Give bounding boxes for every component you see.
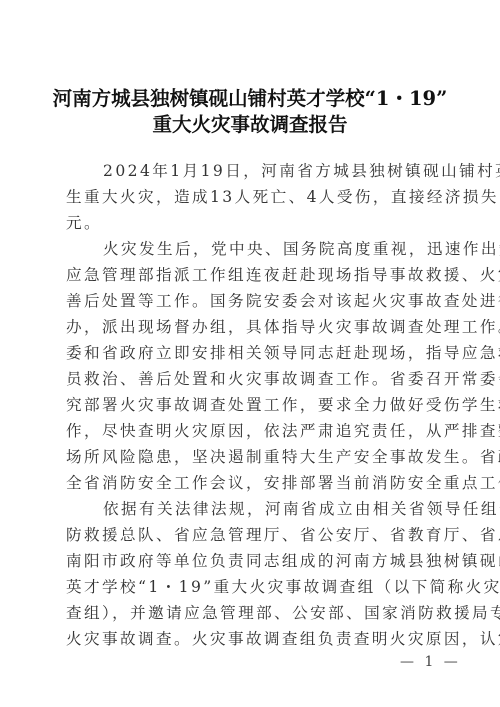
text-line: 办，派出现场督办组，具体指导火灾事故调查处理工作。河南省 [66,314,440,340]
text-line: 火灾发生后，党中央、国务院高度重视，迅速作出安排部署。 [66,236,440,262]
text-line: 委和省政府立即安排相关领导同志赶赴现场，指导应急救援、伤 [66,340,440,366]
paragraph-1: 2024年1月19日，河南省方城县独树镇砚山铺村英才学校发 生重大火灾，造成13… [66,158,440,236]
text-line: 应急管理部指派工作组连夜赶赴现场指导事故救援、火灾调查和 [66,262,440,288]
text-line: 全省消防安全工作会议，安排部署当前消防安全重点工作。 [66,470,440,496]
title-line-1: 河南方城县独树镇砚山铺村英才学校“1・19” [40,86,460,112]
text-line: 防救援总队、省应急管理厅、省公安厅、省教育厅、省总工会和 [66,522,440,548]
document-page: 河南方城县独树镇砚山铺村英才学校“1・19” 重大火灾事故调查报告 2024年1… [0,0,500,707]
text-line: 查组），并邀请应急管理部、公安部、国家消防救援局专家参与 [66,600,440,626]
page-number: — 1 — [400,654,461,670]
text-line: 作，尽快查明火灾原因，依法严肃追究责任，从严排查整治重点 [66,418,440,444]
text-line: 2024年1月19日，河南省方城县独树镇砚山铺村英才学校发 [66,158,440,184]
document-title: 河南方城县独树镇砚山铺村英才学校“1・19” 重大火灾事故调查报告 [40,86,460,138]
paragraph-2: 火灾发生后，党中央、国务院高度重视，迅速作出安排部署。 应急管理部指派工作组连夜… [66,236,440,496]
text-line: 员救治、善后处置和火灾事故调查工作。省委召开常委会会议研 [66,366,440,392]
text-line: 英才学校“1・19”重大火灾事故调查组（以下简称火灾事故调 [66,574,440,600]
text-line: 善后处置等工作。国务院安委会对该起火灾事故查处进行挂牌督 [66,288,440,314]
text-line: 究部署火灾事故调查处置工作，要求全力做好受伤学生救治工 [66,392,440,418]
text-line: 元。 [66,210,440,236]
text-line: 南阳市政府等单位负责同志组成的河南方城县独树镇砚山铺村 [66,548,440,574]
text-line: 生重大火灾，造成13人死亡、4人受伤，直接经济损失1740.5万 [66,184,440,210]
title-line-2: 重大火灾事故调查报告 [40,112,460,138]
text-line: 火灾事故调查。火灾事故调查组负责查明火灾原因，认定火灾性 [66,626,440,652]
paragraph-3: 依据有关法律法规，河南省成立由相关省领导任组长，省消 防救援总队、省应急管理厅、… [66,496,440,652]
text-line: 依据有关法律法规，河南省成立由相关省领导任组长，省消 [66,496,440,522]
document-body: 2024年1月19日，河南省方城县独树镇砚山铺村英才学校发 生重大火灾，造成13… [66,158,440,652]
text-line: 场所风险隐患，坚决遏制重特大生产安全事故发生。省政府召开 [66,444,440,470]
